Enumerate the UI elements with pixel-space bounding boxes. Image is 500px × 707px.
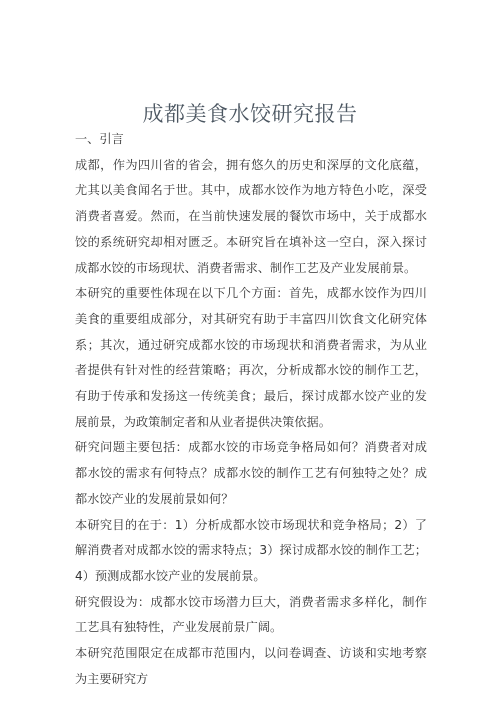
paragraph-scope: 本研究范围限定在成都市范围内，以问卷调查、访谈和实地考察为主要研究方 (75, 641, 427, 692)
document-page: 成都美食水饺研究报告 一、引言 成都，作为四川省的省会，拥有悠久的历史和深厚的文… (0, 0, 500, 707)
paragraph-objectives: 本研究目的在于：1）分析成都水饺市场现状和竞争格局；2）了解消费者对成都水饺的需… (75, 513, 427, 590)
section-heading: 一、引言 (75, 127, 427, 153)
document-body: 一、引言 成都，作为四川省的省会，拥有悠久的历史和深厚的文化底蕴，尤其以美食闻名… (75, 127, 427, 692)
paragraph-background: 成都，作为四川省的省会，拥有悠久的历史和深厚的文化底蕴，尤其以美食闻名于世。其中… (75, 153, 427, 282)
paragraph-significance: 本研究的重要性体现在以下几个方面：首先，成都水饺作为四川美食的重要组成部分，对其… (75, 281, 427, 435)
paragraph-research-questions: 研究问题主要包括：成都水饺的市场竞争格局如何？消费者对成都水饺的需求有何特点？成… (75, 435, 427, 512)
paragraph-hypothesis: 研究假设为：成都水饺市场潜力巨大，消费者需求多样化，制作工艺具有独特性，产业发展… (75, 590, 427, 641)
document-title: 成都美食水饺研究报告 (0, 98, 500, 128)
